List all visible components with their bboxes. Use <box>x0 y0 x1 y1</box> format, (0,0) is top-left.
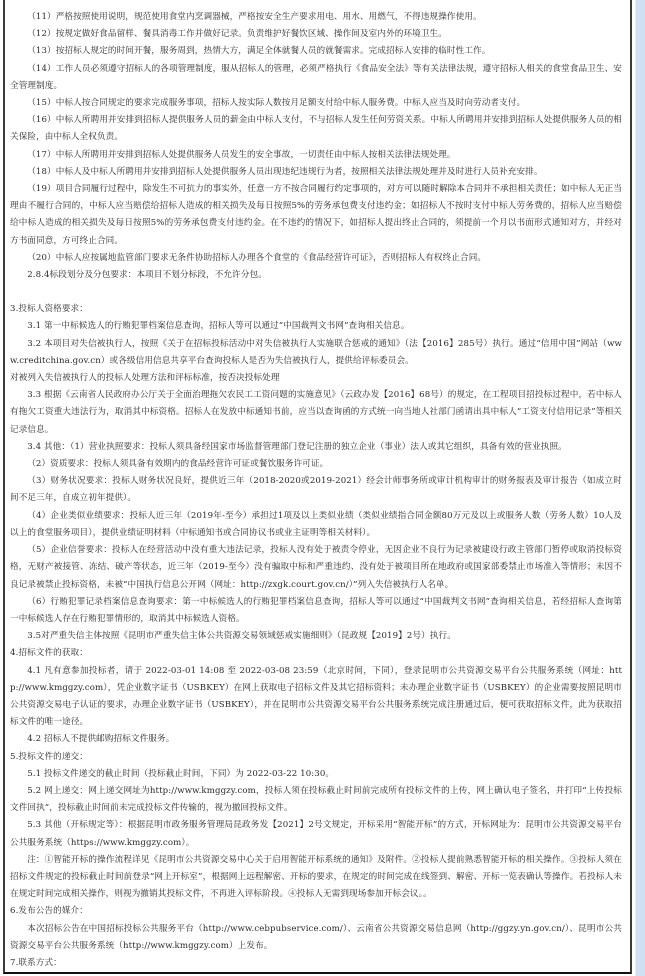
heading-publication-media: 6.发布公告的媒介： <box>10 903 622 920</box>
section-3-4-2: （2）资质要求：投标人须具备有效期内的食品经营许可证或餐饮服务许可证。 <box>10 456 622 473</box>
section-3-1: 3.1 第一中标候选人的行贿犯罪档案信息查询，招标人等可以通过“中国裁判文书网”… <box>10 318 622 335</box>
clause-15: （15）中标人按合同规定的要求完成服务事项，招标人按实际人数按月足额支付给中标人… <box>10 95 622 112</box>
section-4-1: 4.1 凡有意参加投标者，请于 2022-03-01 14:08 至 2022-… <box>10 663 622 732</box>
window-edge-strip <box>635 0 645 976</box>
document-body: （11）严格按照使用说明，规范使用食堂内烹调器械，严格按安全生产要求用电、用水、… <box>10 9 622 972</box>
section-3-4: 3.4 其他：（1）营业执照要求：投标人须具备经国家市场监督管理部门登记注册的独… <box>10 439 622 456</box>
clause-18: （18）中标人及中标人所聘用并安排到招标人处提供服务人员出现违纪违规行为者，按照… <box>10 164 622 181</box>
section-3-4-3: （3）财务状况要求：投标人财务状况良好，提供近三年（2018-2020或2019… <box>10 473 622 507</box>
clause-20: （20）中标人应按属地监管部门要求无条件协助招标人办理各个食堂的《食品经营许可证… <box>10 250 622 267</box>
heading-bidder-qualifications: 3.投标人资格要求： <box>10 301 622 318</box>
section-5-1: 5.1 投标文件递交的截止时间（投标截止时间，下同）为 2022-03-22 1… <box>10 766 622 783</box>
section-3-4-6: （6）行贿犯罪记录档案信息查询要求：第一中标候选人的行贿犯罪档案信息查询，招标人… <box>10 594 622 628</box>
clause-17: （17）中标人所聘用并安排到招标人处提供服务人员发生的安全事故，一切责任由中标人… <box>10 147 622 164</box>
document-page: （11）严格按照使用说明，规范使用食堂内烹调器械，严格按安全生产要求用电、用水、… <box>3 0 632 974</box>
clause-16: （16）中标人所聘用并安排到招标人提供服务人员的薪金由中标人支付，不与招标人发生… <box>10 112 622 146</box>
section-5-3: 5.3 其他（开标规定等）：根据昆明市政务服务管理局昆政务发【2021】2号文规… <box>10 817 622 851</box>
clause-12: （12）按规定做好食品留样、餐具消毒工作并做好记录。负责维护好餐饮区域、操作间及… <box>10 26 622 43</box>
clause-11: （11）严格按照使用说明，规范使用食堂内烹调器械，严格按安全生产要求用电、用水、… <box>10 9 622 26</box>
clause-19: （19）项目合同履行过程中，除发生不可抗力的事实外，任意一方不按合同履行约定事项… <box>10 181 622 250</box>
clause-13: （13）按招标人规定的时间开餐，服务周到，热情大方，满足全体就餐人员的就餐需求。… <box>10 43 622 60</box>
section-3-2: 3.2 本项目对失信被执行人，按照《关于在招标投标活动中对失信被执行人实施联合惩… <box>10 336 622 370</box>
section-3-5: 3.5对严重失信主体按照《昆明市严重失信主体公共资源交易领域惩戒实施细则》（昆政… <box>10 628 622 645</box>
section-3-4-5: （5）企业信誉要求：投标人在经营活动中没有重大违法记录，投标人没有处于被责令停业… <box>10 542 622 594</box>
section-2-8-4: 2.8.4标段划分及分包要求：本项目不划分标段，不允许分包。 <box>10 267 622 284</box>
section-5-2: 5.2 网上递交：网上递交网址为http://www.kmggzy.com，投标… <box>10 783 622 817</box>
section-6: 本次招标公告在中国招标投标公共服务平台（http://www.cebpubser… <box>10 921 622 955</box>
heading-obtain-documents: 4.招标文件的获取： <box>10 645 622 662</box>
clause-14: （14）工作人员必须遵守招标人的各项管理制度，服从招标人的管理，必须严格执行《食… <box>10 61 622 95</box>
section-3-4-4: （4）企业类似业绩要求：投标人近三年（2019年-至今）承担过1项及以上类似业绩… <box>10 508 622 542</box>
section-3-3: 3.3 根据《云南省人民政府办公厅关于全面治理拖欠农民工工资问题的实施意见》（云… <box>10 387 622 439</box>
section-3-2-continued: 对被列入失信被执行人的投标人处理方法和评标标准，按否决投标处理 <box>10 370 622 387</box>
heading-contact: 7.联系方式： <box>10 955 622 972</box>
section-5-note: 注：①智能开标的操作流程详见《昆明市公共资源交易中心关于启用智能开标系统的通知》… <box>10 852 622 904</box>
heading-submit-bids: 5.投标文件的递交： <box>10 749 622 766</box>
section-4-2: 4.2 招标人不提供邮购招标文件服务。 <box>10 731 622 748</box>
